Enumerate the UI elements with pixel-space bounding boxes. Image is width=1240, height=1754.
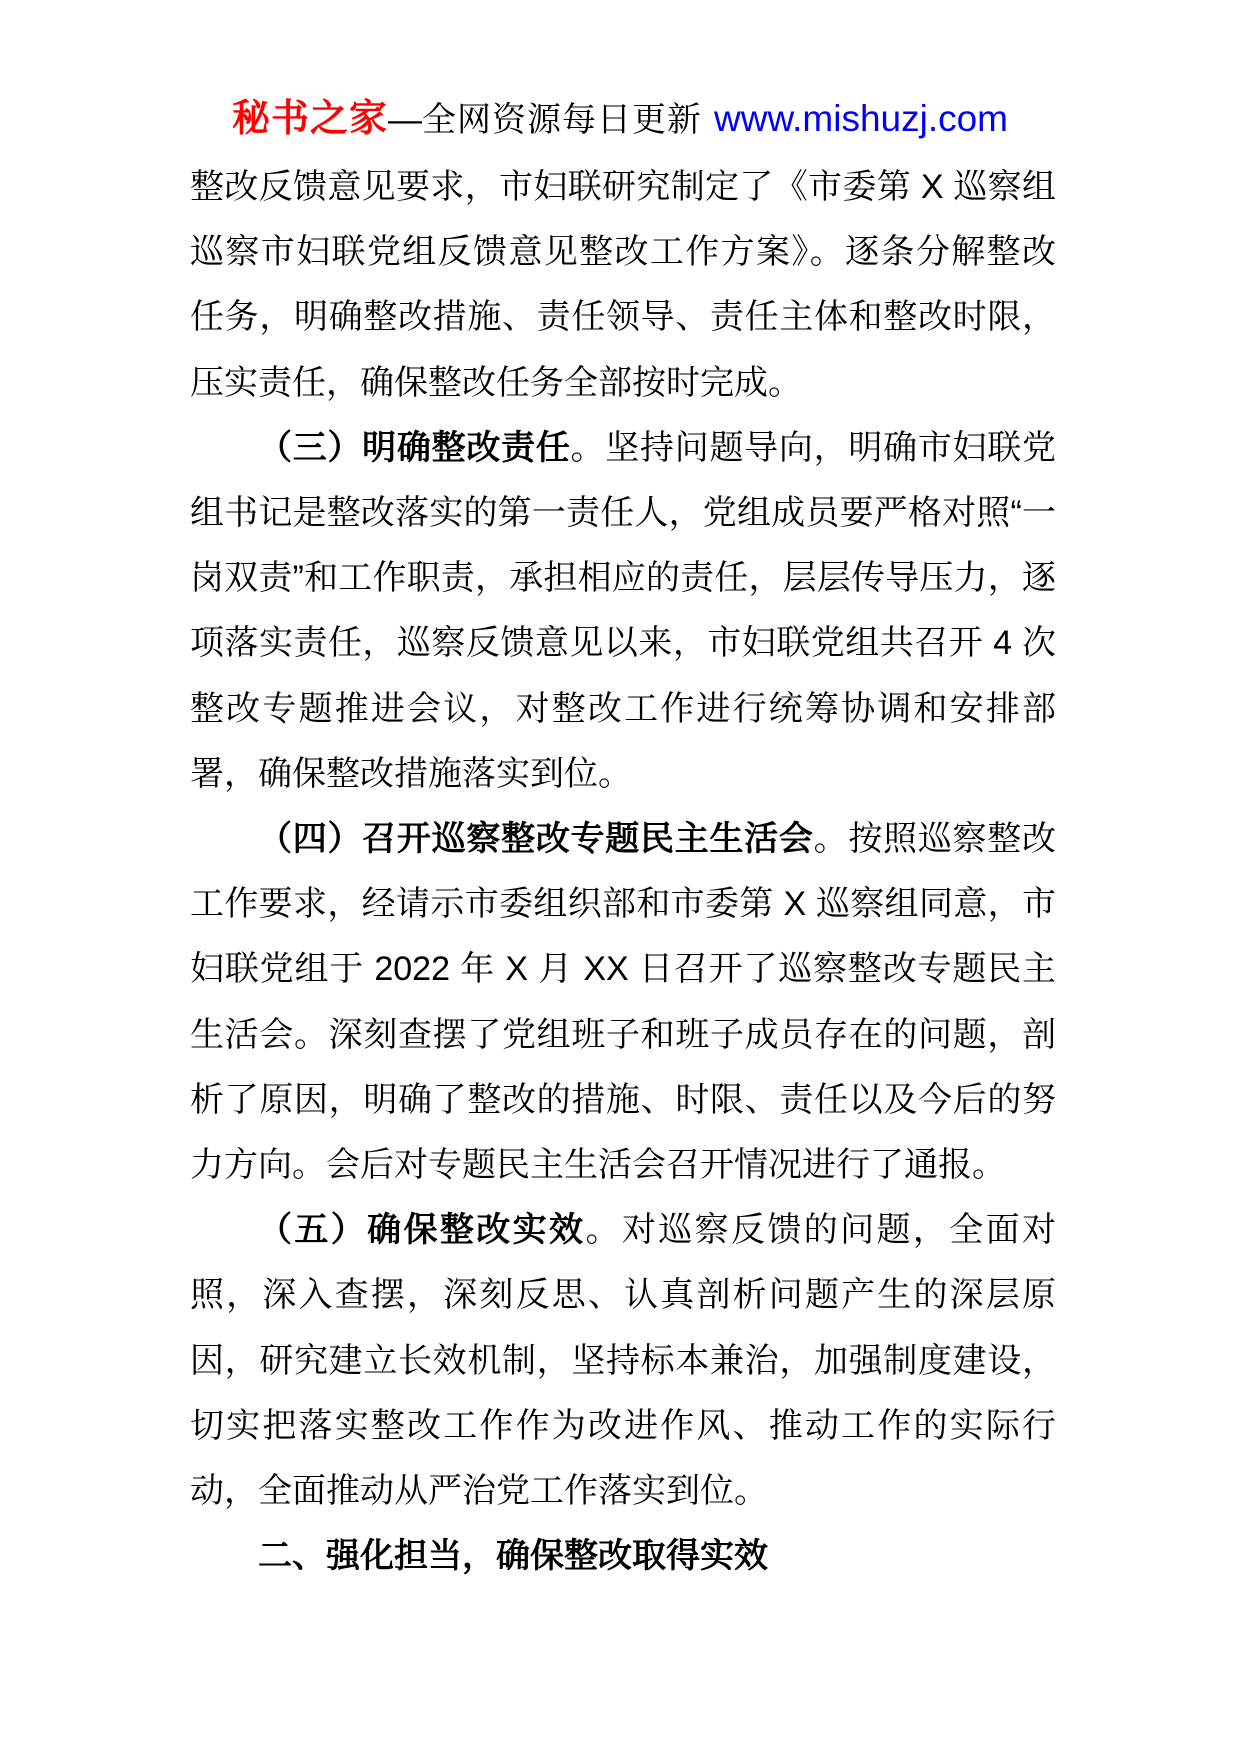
item-five-text: 。对巡察反馈的问题，全面对照，深入查摆，深刻反思、认真剖析问题产生的深层原因，研… [190,1211,1056,1510]
site-name: 秘书之家 [232,98,388,140]
page-header: 秘书之家—全网资源每日更新www.mishuzj.com [0,96,1240,150]
item-three-text: 。坚持问题导向，明确市妇联党组书记是整改落实的第一责任人，党组成员要严格对照“一… [190,429,1056,793]
document-body: 整改反馈意见要求，市妇联研究制定了《市委第 X 巡察组巡察市妇联党组反馈意见整改… [190,155,1056,1589]
paragraph-item-four: （四）召开巡察整改专题民主生活会。按照巡察整改工作要求，经请示市委组织部和市委第… [190,807,1056,1198]
header-url-link[interactable]: www.mishuzj.com [714,98,1008,139]
paragraph-item-three: （三）明确整改责任。坚持问题导向，明确市妇联党组书记是整改落实的第一责任人，党组… [190,416,1056,807]
item-five-heading: （五）确保整改实效 [258,1211,585,1249]
document-page: 秘书之家—全网资源每日更新www.mishuzj.com 整改反馈意见要求，市妇… [0,0,1240,1754]
paragraph-item-five: （五）确保整改实效。对巡察反馈的问题，全面对照，深入查摆，深刻反思、认真剖析问题… [190,1198,1056,1524]
section-heading-two: 二、强化担当，确保整改取得实效 [190,1524,1056,1589]
paragraph-continuation-text: 整改反馈意见要求，市妇联研究制定了《市委第 X 巡察组巡察市妇联党组反馈意见整改… [190,168,1056,402]
header-dash: — [388,101,422,139]
item-four-text: 。按照巡察整改工作要求，经请示市委组织部和市委第 X 巡察组同意，市妇联党组于 … [190,820,1056,1184]
item-four-heading: （四）召开巡察整改专题民主生活会 [258,820,814,858]
header-tagline: 全网资源每日更新 [422,101,702,139]
item-three-heading: （三）明确整改责任 [258,429,571,467]
paragraph-continuation: 整改反馈意见要求，市妇联研究制定了《市委第 X 巡察组巡察市妇联党组反馈意见整改… [190,155,1056,416]
section-heading-two-text: 二、强化担当，确保整改取得实效 [258,1537,768,1575]
